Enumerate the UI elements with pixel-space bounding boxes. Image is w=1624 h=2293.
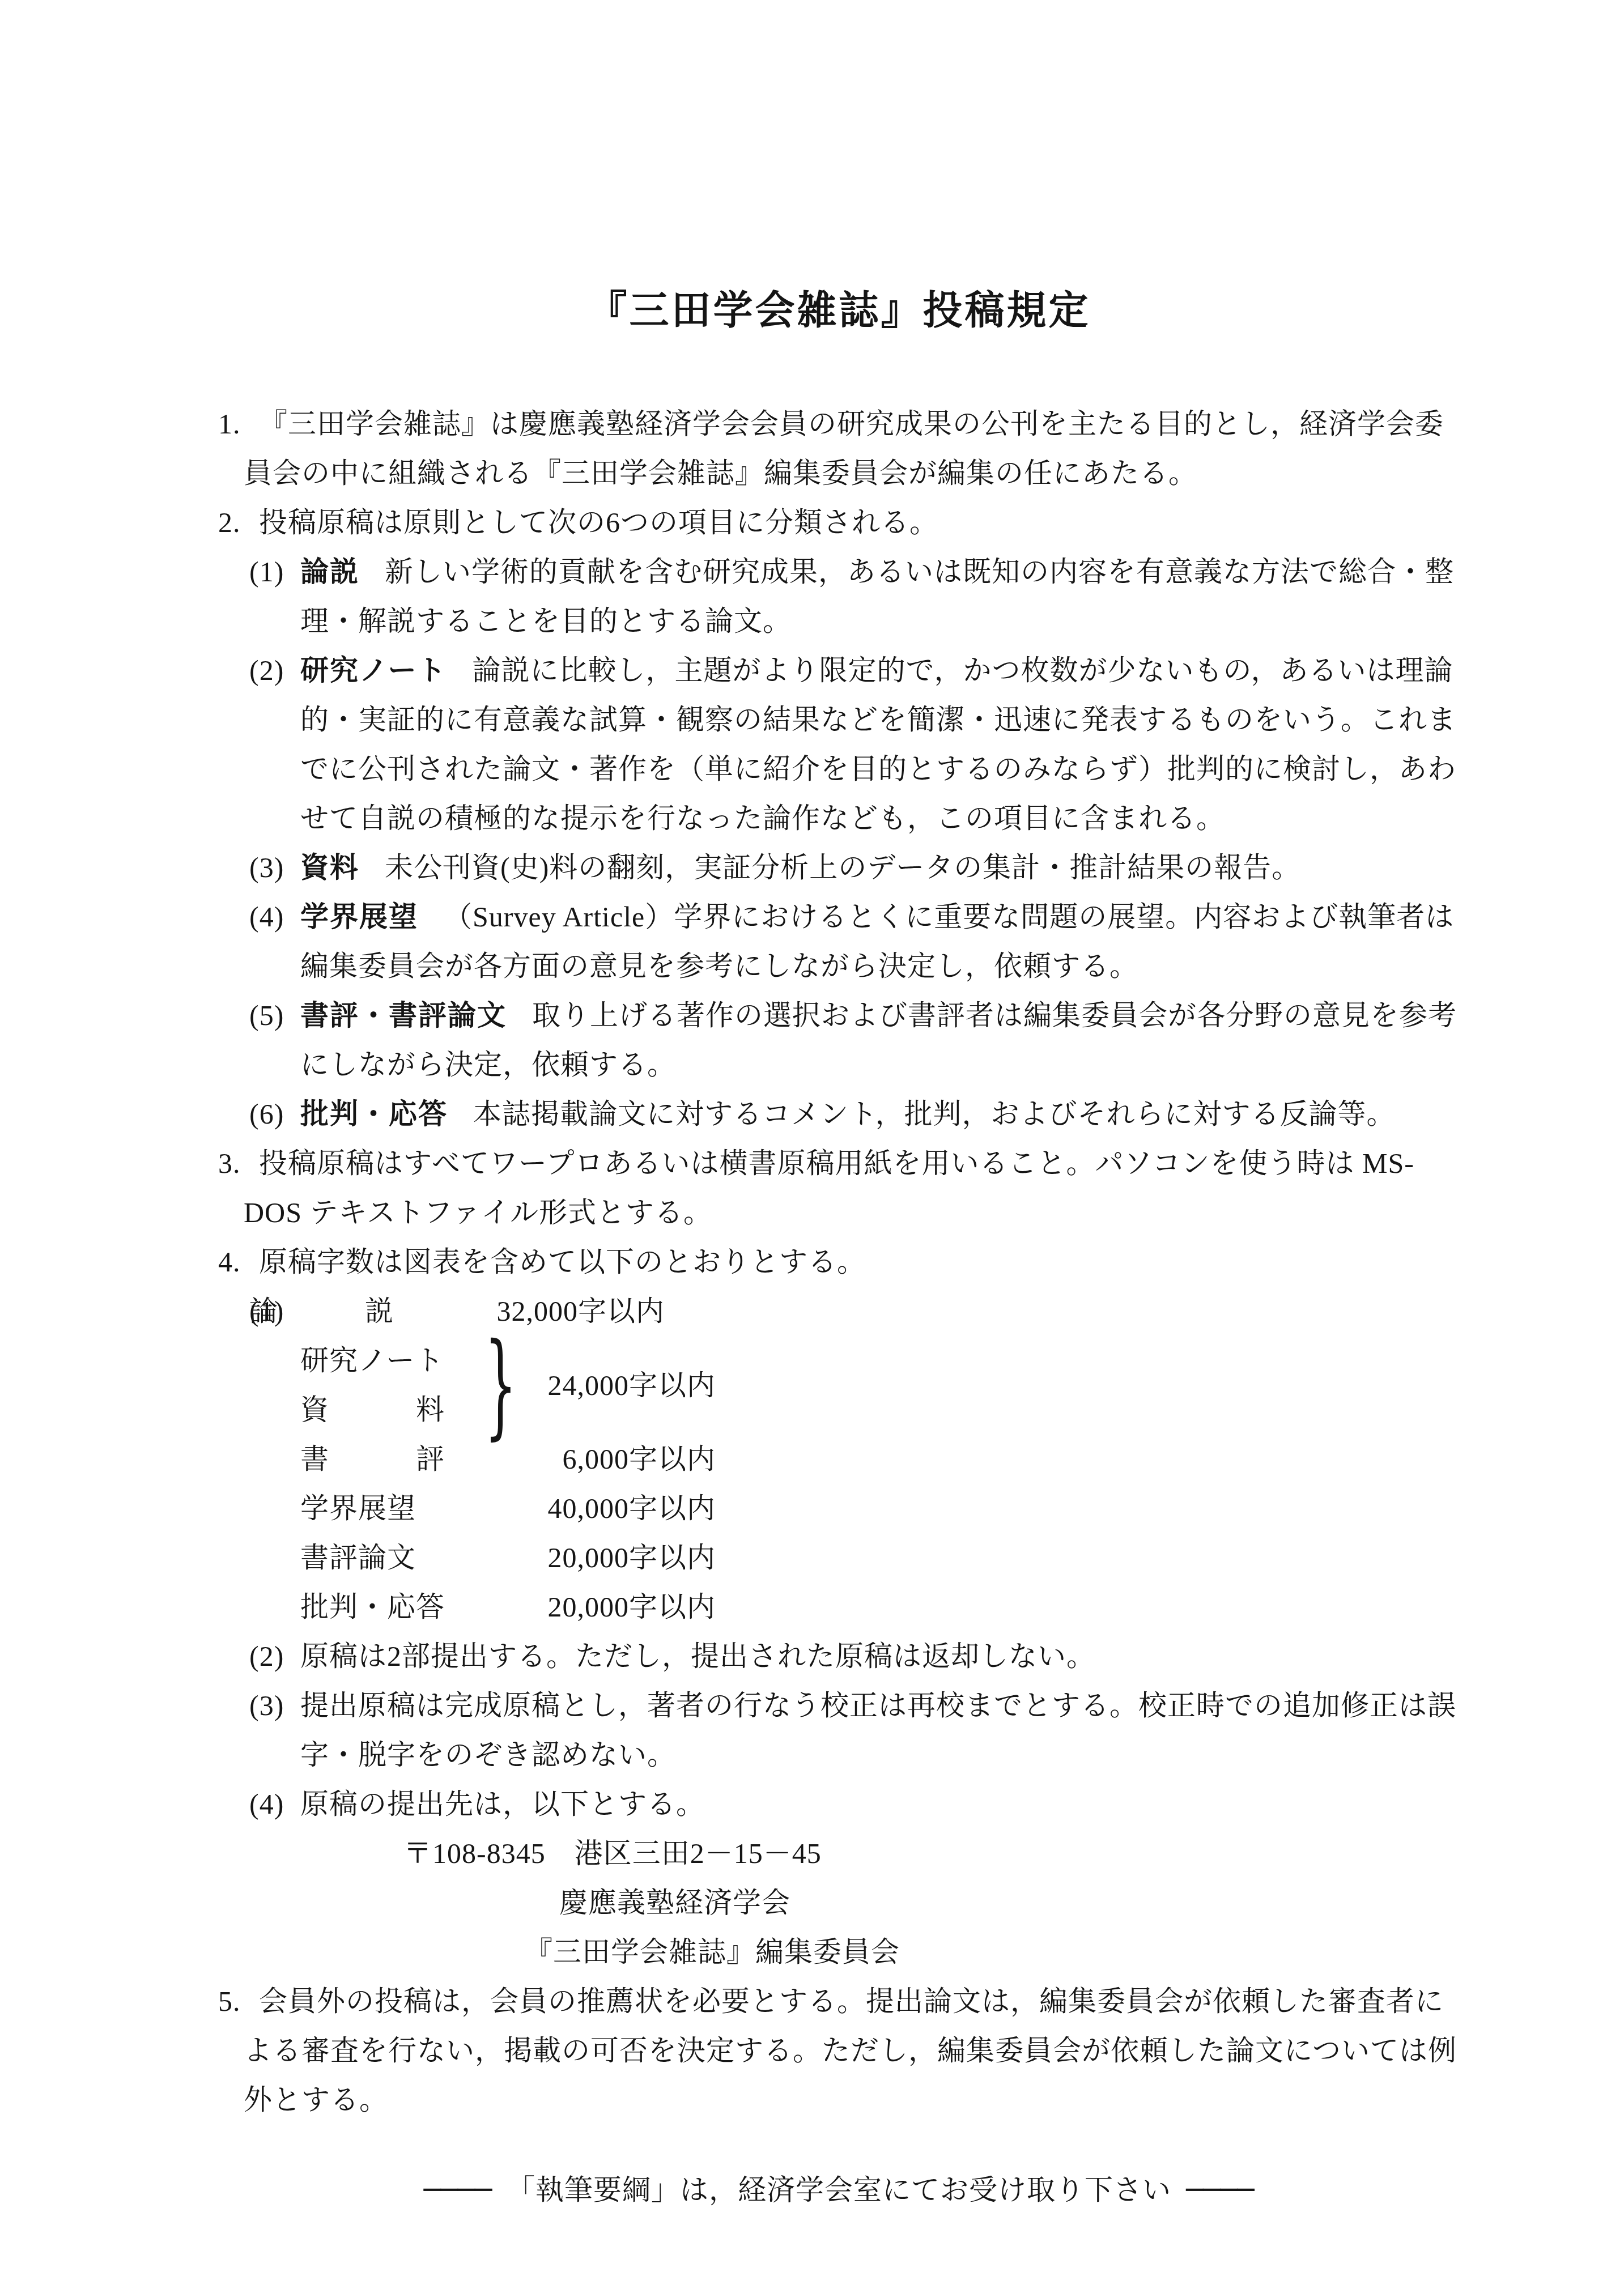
limit-amount: 6,000 <box>521 1435 629 1484</box>
rule-item-3: 3.投稿原稿はすべてワープロあるいは横書原稿用紙を用いること。パソコンを使う時は… <box>218 1139 1460 1237</box>
limit-unit: 字以内 <box>578 1295 665 1327</box>
sub-number: (4) <box>249 1780 300 1829</box>
rule-item-2-sub-5: (5)書評・書評論文取り上げる著作の選択および書評者は編集委員会が各分野の意見を… <box>249 991 1460 1090</box>
sub-text: 原稿の提出先は，以下とする。 <box>300 1788 705 1820</box>
footer-dash-right: ──── <box>1186 2166 1254 2215</box>
limit-row-value: 20,000字以内 <box>521 1533 716 1582</box>
sub-text: 提出原稿は完成原稿とし，著者の行なう校正は再校までとする。校正時での追加修正は誤… <box>300 1690 1456 1771</box>
address-postal-line: 〒108-8345 港区三田2－15－45 <box>403 1829 1460 1878</box>
sub-number: (4) <box>249 892 300 942</box>
rule-item-2-sub-4: (4)学界展望（Survey Article）学界におけるとくに重要な問題の展望… <box>249 892 1460 991</box>
limit-unit: 字以内 <box>629 1369 716 1401</box>
sub-number: (5) <box>249 991 300 1040</box>
sub-label: 書評・書評論文 <box>300 999 507 1031</box>
limit-row-label: 学界展望 <box>300 1484 470 1533</box>
limit-row: 書 評6,000字以内 <box>300 1435 1460 1484</box>
limit-row-value: 6,000字以内 <box>521 1435 716 1484</box>
limit-row: 学界展望40,000字以内 <box>300 1484 1460 1533</box>
item-number: 2. <box>218 498 259 547</box>
item-number: 1. <box>218 399 259 449</box>
rule-item-4-sub-3: (3)提出原稿は完成原稿とし，著者の行なう校正は再校までとする。校正時での追加修… <box>249 1681 1460 1780</box>
limit-row: 批判・応答20,000字以内 <box>300 1582 1460 1632</box>
sub-text: 新しい学術的貢献を含む研究成果，あるいは既知の内容を有意義な方法で総合・整理・解… <box>300 556 1454 637</box>
limit-row-label: 研究ノート <box>300 1336 470 1385</box>
sub-number: (2) <box>249 1632 300 1681</box>
limit-group-row: 研究ノート 資 料 } 24,000字以内 <box>300 1336 1460 1435</box>
limit-row-value: 40,000字以内 <box>521 1484 716 1533</box>
sub-label: 研究ノート <box>300 654 447 686</box>
limit-group-labels: 研究ノート 資 料 <box>300 1336 470 1435</box>
limit-amount: 40,000 <box>521 1484 629 1533</box>
rule-item-2: 2.投稿原稿は原則として次の6つの項目に分類される。 <box>218 498 1460 547</box>
sub-label: 批判・応答 <box>300 1098 448 1130</box>
limit-row-label: 資 料 <box>300 1385 470 1435</box>
limit-amount: 20,000 <box>521 1533 629 1582</box>
sub-label: 学界展望 <box>300 901 418 933</box>
sub-text: 未公刊資(史)料の翻刻，実証分析上のデータの集計・推計結果の報告。 <box>385 852 1300 883</box>
sub-text: （Survey Article）学界におけるとくに重要な問題の展望。内容および執… <box>300 901 1454 982</box>
limit-amount: 20,000 <box>521 1582 629 1632</box>
limit-unit: 字以内 <box>629 1443 716 1475</box>
sub-label: 論説 <box>300 556 359 588</box>
sub-number: (3) <box>249 843 300 892</box>
limit-row-value: 24,000字以内 <box>521 1361 716 1410</box>
item-text: 投稿原稿は原則として次の6つの項目に分類される。 <box>259 507 938 538</box>
limit-row-label: 書評論文 <box>300 1533 470 1582</box>
item-number: 4. <box>218 1237 259 1287</box>
sub-label: 資料 <box>300 852 359 883</box>
footer-text: 「執筆要綱」は，経済学会室にてお受け取り下さい <box>507 2166 1171 2215</box>
item-text: 会員外の投稿は，会員の推薦状を必要とする。提出論文は，編集委員会が依頼した審査者… <box>244 1985 1457 2116</box>
item-text: 『三田学会雑誌』は慶應義塾経済学会会員の研究成果の公刊を主たる目的とし，経済学会… <box>244 408 1444 489</box>
sub-number: (2) <box>249 646 300 695</box>
rule-item-5: 5.会員外の投稿は，会員の推薦状を必要とする。提出論文は，編集委員会が依頼した審… <box>218 1977 1460 2125</box>
sub-text: 原稿は2部提出する。ただし，提出された原稿は返却しない。 <box>300 1640 1095 1672</box>
item-number: 3. <box>218 1139 259 1188</box>
limit-row-label: 批判・応答 <box>300 1582 470 1632</box>
address-society-line: 慶應義塾経済学会 <box>559 1878 1460 1928</box>
limit-row-label: 書 評 <box>300 1435 470 1484</box>
rule-item-4-sub-2: (2)原稿は2部提出する。ただし，提出された原稿は返却しない。 <box>249 1632 1460 1681</box>
limit-unit: 字以内 <box>629 1591 716 1623</box>
rule-item-4-sub-1: (1)論 説32,000字以内 <box>249 1287 1460 1336</box>
item-text: 投稿原稿はすべてワープロあるいは横書原稿用紙を用いること。パソコンを使う時は M… <box>244 1147 1414 1228</box>
char-limit-table: 研究ノート 資 料 } 24,000字以内 書 評6,000字以内 学界展望40… <box>300 1336 1460 1632</box>
sub-text: 本誌掲載論文に対するコメント，批判，およびそれらに対する反論等。 <box>473 1098 1396 1130</box>
item-text: 原稿字数は図表を含めて以下のとおりとする。 <box>259 1246 866 1278</box>
document-page: 『三田学会雑誌』投稿規定 1.『三田学会雑誌』は慶應義塾経済学会会員の研究成果の… <box>0 0 1624 2293</box>
submission-address: 〒108-8345 港区三田2－15－45 慶應義塾経済学会 『三田学会雑誌』編… <box>218 1829 1460 1977</box>
sub-text: 論説に比較し，主題がより限定的で，かつ枚数が少ないもの，あるいは理論的・実証的に… <box>300 654 1456 834</box>
rule-item-4: 4.原稿字数は図表を含めて以下のとおりとする。 <box>218 1237 1460 1287</box>
rule-item-2-sub-2: (2)研究ノート論説に比較し，主題がより限定的で，かつ枚数が少ないもの，あるいは… <box>249 646 1460 843</box>
limit-unit: 字以内 <box>629 1542 716 1573</box>
sub-number: (6) <box>249 1090 300 1139</box>
rule-item-1: 1.『三田学会雑誌』は慶應義塾経済学会会員の研究成果の公刊を主たる目的とし，経済… <box>218 399 1460 498</box>
footer-dash-left: ──── <box>424 2166 492 2215</box>
limit-row-value: 20,000字以内 <box>521 1582 716 1632</box>
footer-note: ──── 「執筆要綱」は，経済学会室にてお受け取り下さい ──── <box>218 2166 1460 2215</box>
sub-number: (1) <box>249 547 300 597</box>
rule-item-2-sub-6: (6)批判・応答本誌掲載論文に対するコメント，批判，およびそれらに対する反論等。 <box>249 1090 1460 1139</box>
limit-row-label: 論 説 <box>300 1287 470 1336</box>
brace-glyph: } <box>484 1336 508 1435</box>
item-number: 5. <box>218 1977 259 2026</box>
rule-item-2-sub-3: (3)資料未公刊資(史)料の翻刻，実証分析上のデータの集計・推計結果の報告。 <box>249 843 1460 892</box>
limit-unit: 字以内 <box>629 1492 716 1524</box>
sub-number: (3) <box>249 1681 300 1730</box>
address-committee-line: 『三田学会雑誌』編集委員会 <box>524 1928 1460 1977</box>
limit-amount: 24,000 <box>521 1361 629 1410</box>
limit-row-value: 32,000字以内 <box>521 1287 665 1336</box>
page-title: 『三田学会雑誌』投稿規定 <box>218 286 1460 337</box>
rule-item-4-sub-4: (4)原稿の提出先は，以下とする。 <box>249 1780 1460 1829</box>
limit-row: 書評論文20,000字以内 <box>300 1533 1460 1582</box>
rule-item-2-sub-1: (1)論説新しい学術的貢献を含む研究成果，あるいは既知の内容を有意義な方法で総合… <box>249 547 1460 646</box>
